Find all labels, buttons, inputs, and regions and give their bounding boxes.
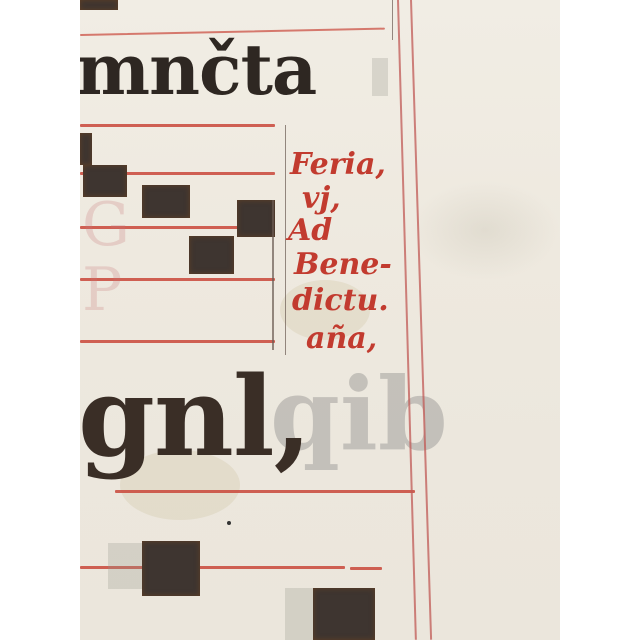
neume-note: [142, 541, 200, 596]
column-divider: [285, 125, 286, 355]
neume-note: [142, 185, 190, 218]
rubric-line: aña,: [306, 322, 377, 356]
rubric-line: Ad: [288, 214, 332, 248]
staff-line: [350, 567, 382, 570]
bleed-through-mark: [108, 543, 144, 589]
rubric-line: dictu.: [292, 284, 389, 318]
shadow-area: [410, 180, 560, 280]
bleed-through-mark: [285, 588, 315, 640]
neume-note: [80, 0, 118, 10]
rubric-line: vj,: [302, 182, 341, 216]
neume-note: [80, 133, 92, 165]
staff-line: [115, 490, 415, 493]
bleed-through-letter: P: [82, 255, 122, 325]
ink-dot: [227, 521, 231, 525]
rubric-line: Bene-: [294, 248, 392, 282]
note-stem: [272, 200, 274, 350]
neume-note: [189, 236, 234, 274]
neume-note: [313, 588, 375, 640]
rubric-line: Feria,: [290, 148, 386, 182]
lyric-text-bottom: gnl,: [80, 352, 311, 481]
neume-note: [237, 200, 275, 237]
margin-line: [392, 0, 393, 40]
lyric-text-top: mnčta: [80, 28, 316, 111]
manuscript-photo: mnčta G P Feria, vj, Ad Bene- dictu. aña…: [80, 0, 560, 640]
bleed-through-mark: [372, 58, 388, 96]
bleed-through-letter: G: [82, 190, 130, 260]
staff-line: [80, 124, 275, 127]
staff-line: [80, 340, 275, 343]
